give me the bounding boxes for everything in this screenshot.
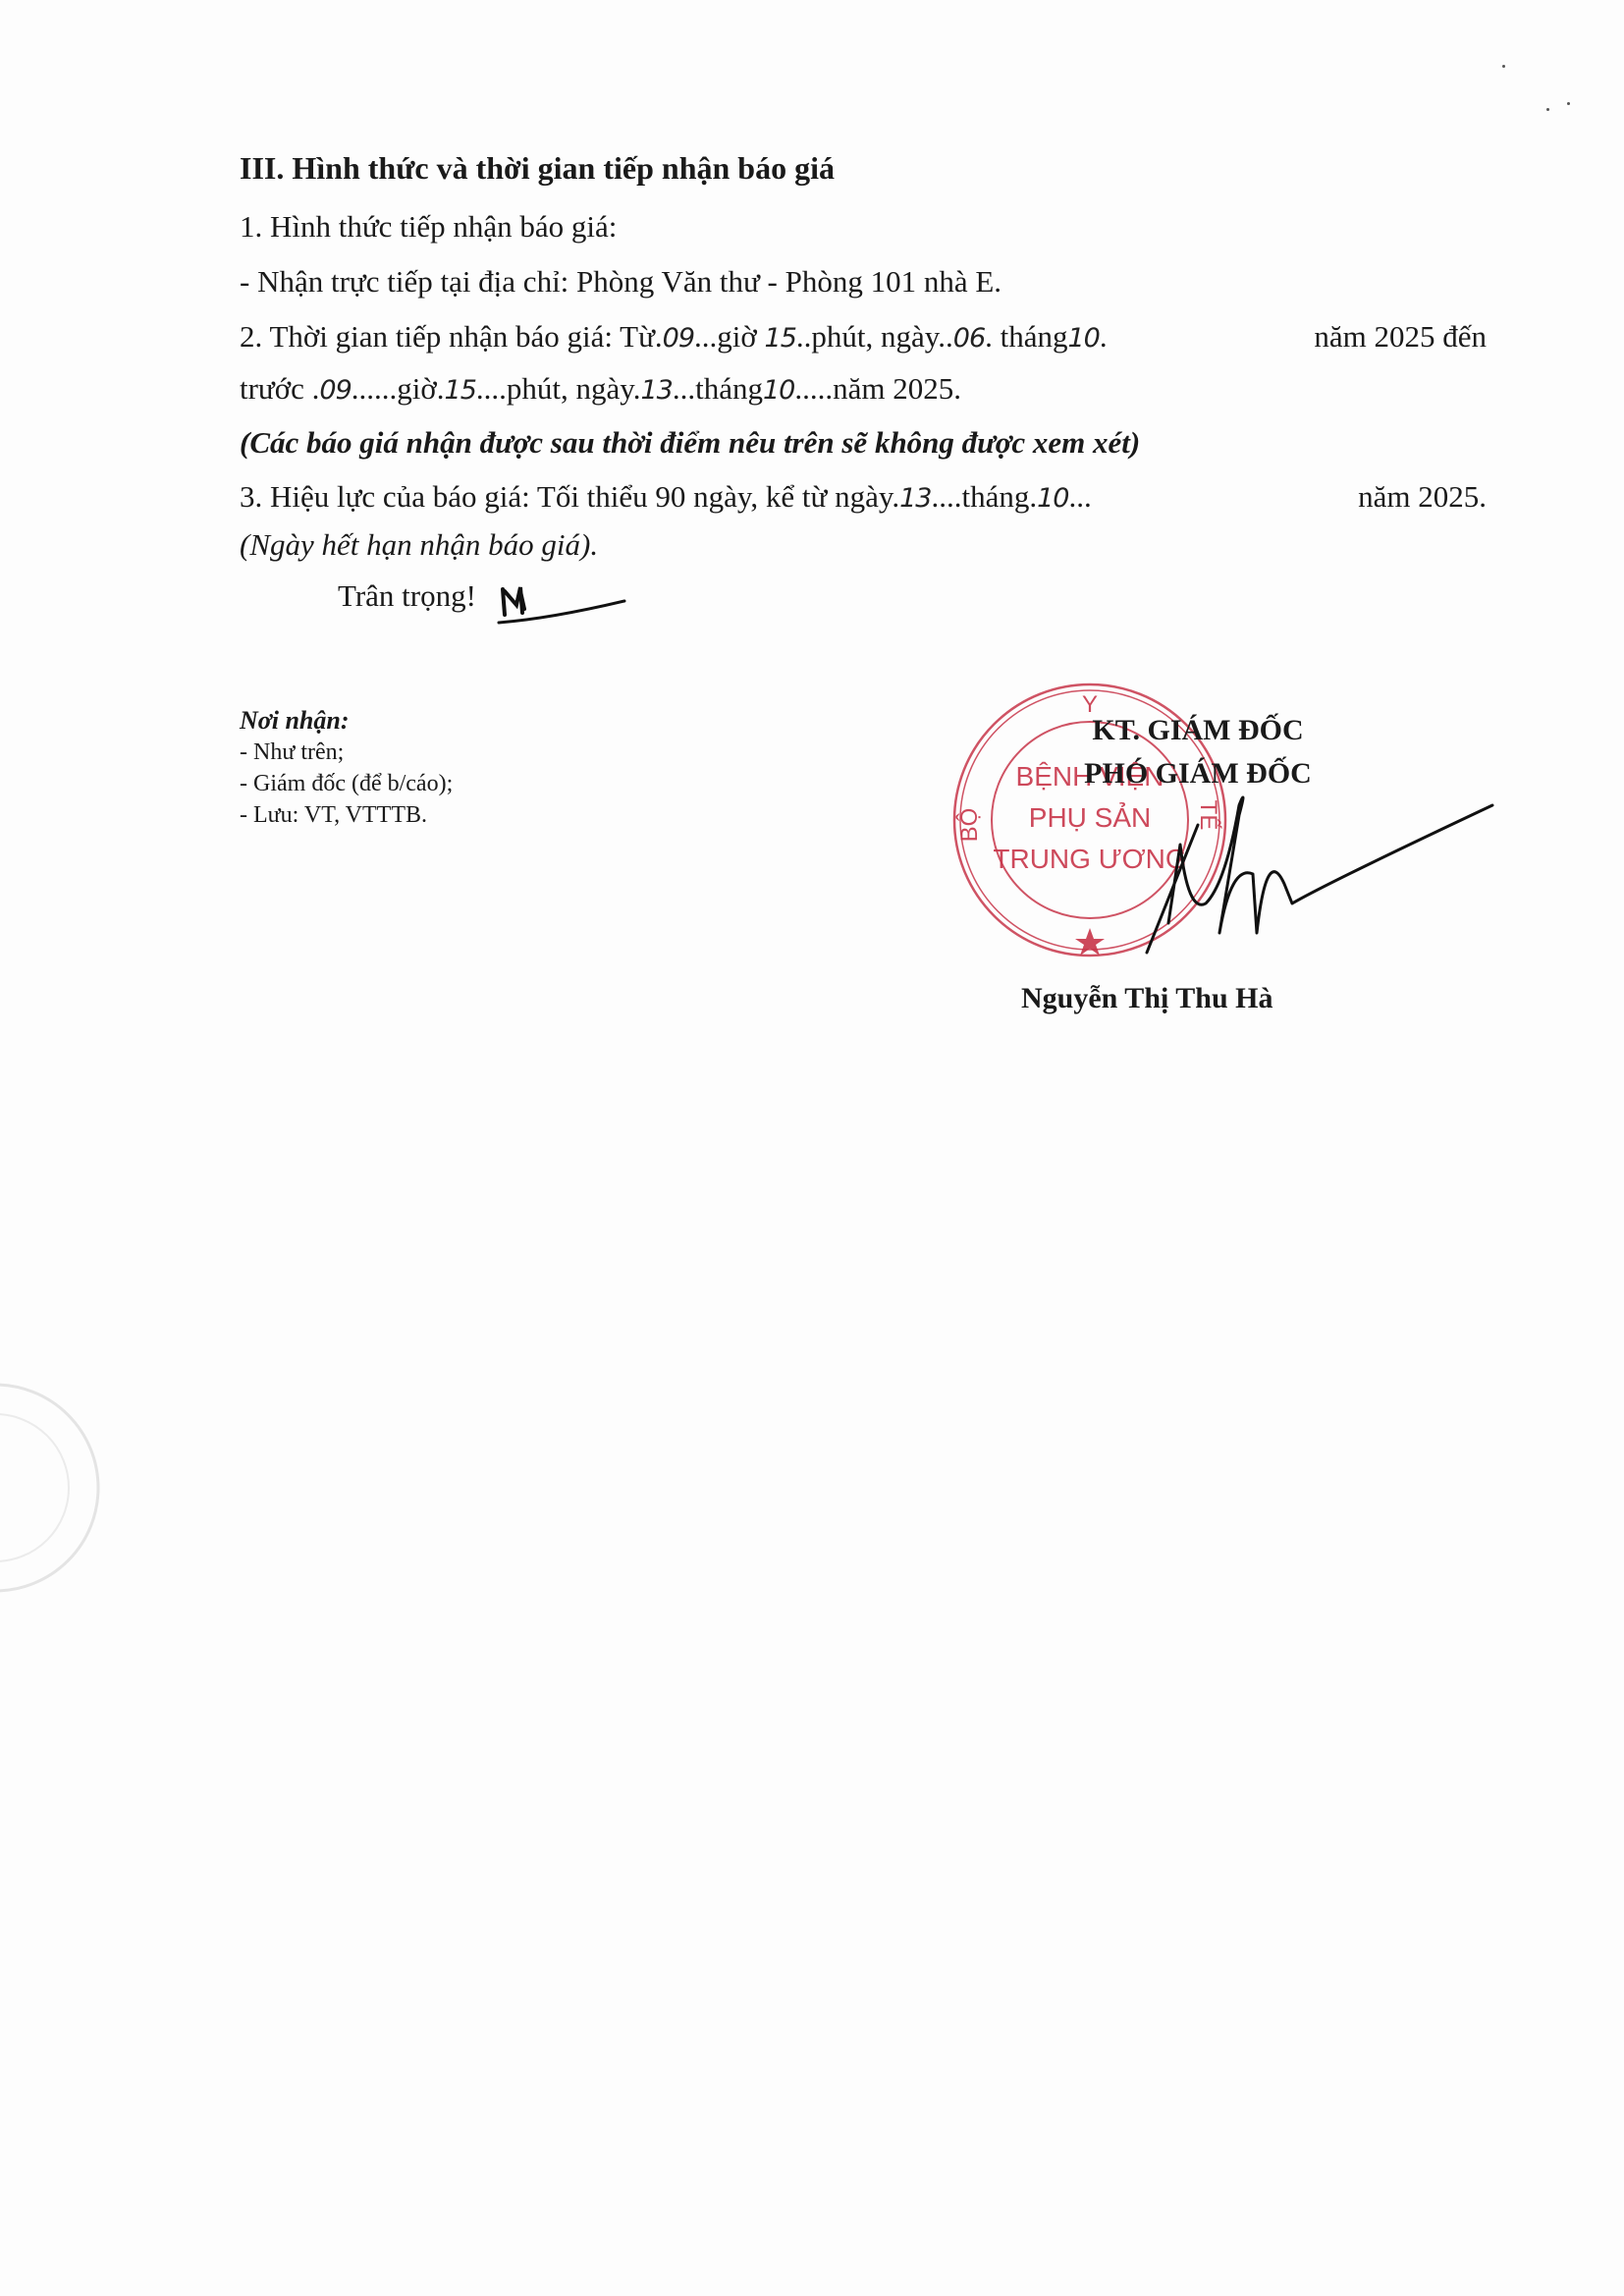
recipients-title: Nơi nhận: — [240, 705, 453, 737]
item3-note: (Ngày hết hạn nhận báo giá). — [240, 526, 598, 564]
handwritten-from-month: 10 — [1068, 323, 1100, 354]
item2-line2: trước .09......giờ.15....phút, ngày.13..… — [240, 370, 961, 410]
handwritten-to-day: 13 — [640, 375, 672, 406]
recipient-item: - Như trên; — [240, 737, 453, 768]
handwritten-to-minute: 15 — [445, 375, 476, 406]
scan-speck — [1502, 65, 1505, 68]
recipient-item: - Giám đốc (để b/cáo); — [240, 768, 453, 799]
scan-speck — [1546, 108, 1549, 111]
item1-title: 1. Hình thức tiếp nhận báo giá: — [240, 208, 617, 246]
handwritten-to-hour: 09 — [319, 375, 351, 406]
handwritten-to-month: 10 — [763, 375, 794, 406]
section-heading: III. Hình thức và thời gian tiếp nhận bá… — [240, 149, 835, 187]
signer-name: Nguyễn Thị Thu Hà — [1021, 982, 1273, 1015]
signature-title-line1: KT. GIÁM ĐỐC — [992, 709, 1404, 752]
handwritten-from-minute: 15 — [765, 323, 796, 354]
document-page: III. Hình thức và thời gian tiếp nhận bá… — [0, 0, 1624, 2296]
handwritten-signature — [1129, 786, 1502, 962]
scan-speck — [1567, 102, 1570, 105]
item3-line: 3. Hiệu lực của báo giá: Tối thiểu 90 ng… — [240, 478, 1487, 518]
deadline-note: (Các báo giá nhận được sau thời điểm nêu… — [240, 424, 1140, 462]
initials-mark — [491, 570, 638, 629]
recipient-item: - Lưu: VT, VTTTB. — [240, 799, 453, 831]
svg-text:BỘ: BỘ — [955, 808, 983, 843]
recipients-block: Nơi nhận: - Như trên; - Giám đốc (để b/c… — [240, 705, 453, 831]
item1-detail: - Nhận trực tiếp tại địa chỉ: Phòng Văn … — [240, 263, 1001, 301]
handwritten-validity-day: 13 — [899, 483, 931, 514]
signature-title-block: KT. GIÁM ĐỐC PHÓ GIÁM ĐỐC — [992, 709, 1404, 795]
faint-stamp-bleedthrough — [0, 1345, 108, 1630]
regards-text: Trân trọng! — [338, 577, 476, 615]
handwritten-from-day: 06 — [953, 323, 985, 354]
handwritten-from-hour: 09 — [663, 323, 694, 354]
item2-line1: 2. Thời gian tiếp nhận báo giá: Từ.09...… — [240, 318, 1487, 357]
handwritten-validity-month: 10 — [1037, 483, 1068, 514]
